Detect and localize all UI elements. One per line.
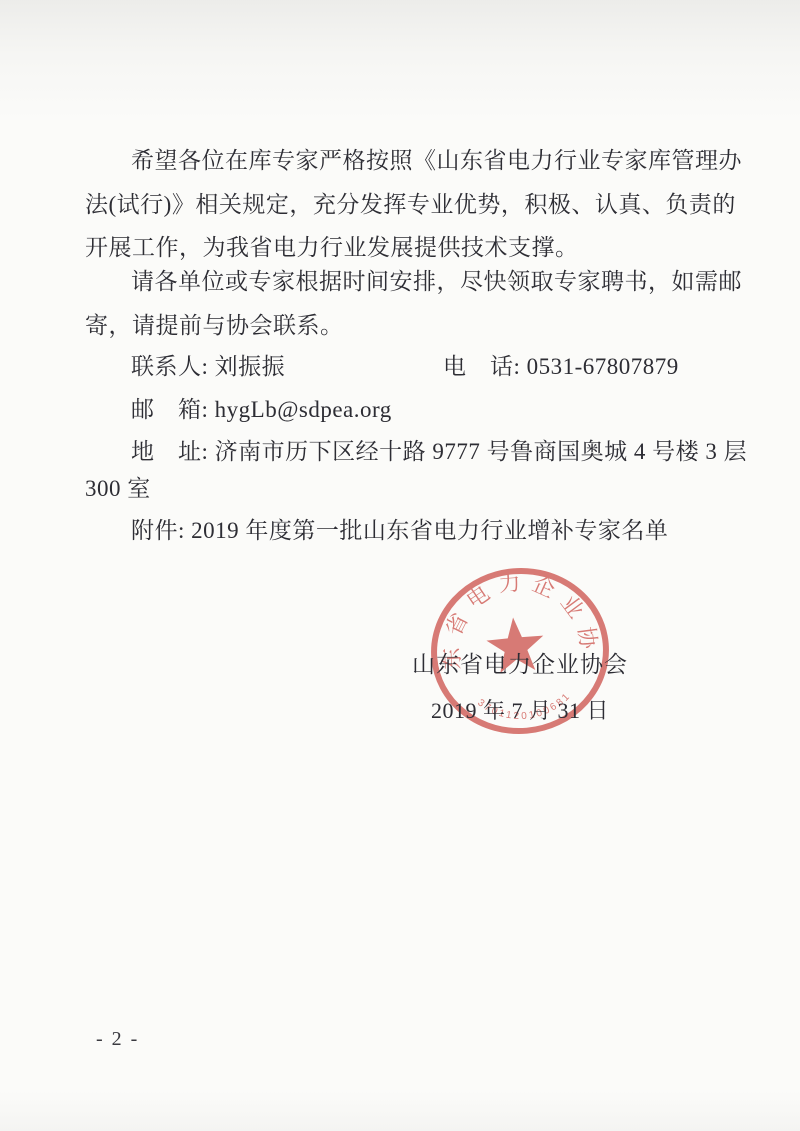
- attachment-label: 附件:: [131, 518, 191, 543]
- contact-person-label: 联系人:: [131, 354, 215, 379]
- contact-address-line: 地 址: 济南市历下区经十路 9777 号鲁商国奥城 4 号楼 3 层: [131, 437, 747, 467]
- contact-email-value: hygLb@sdpea.org: [215, 397, 392, 422]
- signature-date: 2019 年 7 月 31 日: [395, 694, 645, 725]
- contact-phone: 电 话: 0531-67807879: [443, 352, 679, 382]
- body-paragraph1-line3: 开展工作，为我省电力行业发展提供技术支撑。: [85, 233, 579, 263]
- signature-block: 山东省电力企业协会 2019 年 7 月 31 日: [395, 646, 645, 725]
- contact-phone-number: 0531-67807879: [527, 354, 679, 379]
- attachment-line: 附件: 2019 年度第一批山东省电力行业增补专家名单: [131, 516, 668, 546]
- contact-phone-label: 电 话:: [443, 354, 527, 379]
- scan-noise-top: [0, 0, 800, 120]
- page-number: - 2 -: [96, 1028, 139, 1051]
- contact-person-name: 刘振振: [215, 354, 286, 379]
- body-paragraph2-line1: 请各单位或专家根据时间安排，尽快领取专家聘书，如需邮: [131, 267, 742, 297]
- contact-address-value: 济南市历下区经十路 9777 号鲁商国奥城 4 号楼 3 层: [215, 439, 748, 464]
- body-paragraph1-line1: 希望各位在库专家严格按照《山东省电力行业专家库管理办: [131, 146, 742, 176]
- contact-email-label: 邮 箱:: [131, 397, 215, 422]
- scanned-document-page: 希望各位在库专家严格按照《山东省电力行业专家库管理办 法(试行)》相关规定，充分…: [0, 0, 800, 1131]
- contact-email-line: 邮 箱: hygLb@sdpea.org: [131, 395, 392, 425]
- attachment-value: 2019 年度第一批山东省电力行业增补专家名单: [191, 518, 668, 543]
- scan-noise-bottom: [0, 1091, 800, 1131]
- body-paragraph1-line2: 法(试行)》相关规定，充分发挥专业优势，积极、认真、负责的: [85, 190, 736, 220]
- contact-address-label: 地 址:: [131, 439, 215, 464]
- signature-organization: 山东省电力企业协会: [395, 646, 645, 679]
- contact-address-continuation: 300 室: [85, 474, 151, 504]
- contact-person-line: 联系人: 刘振振 电 话: 0531-67807879: [131, 352, 731, 382]
- body-paragraph2-line2: 寄，请提前与协会联系。: [85, 311, 344, 341]
